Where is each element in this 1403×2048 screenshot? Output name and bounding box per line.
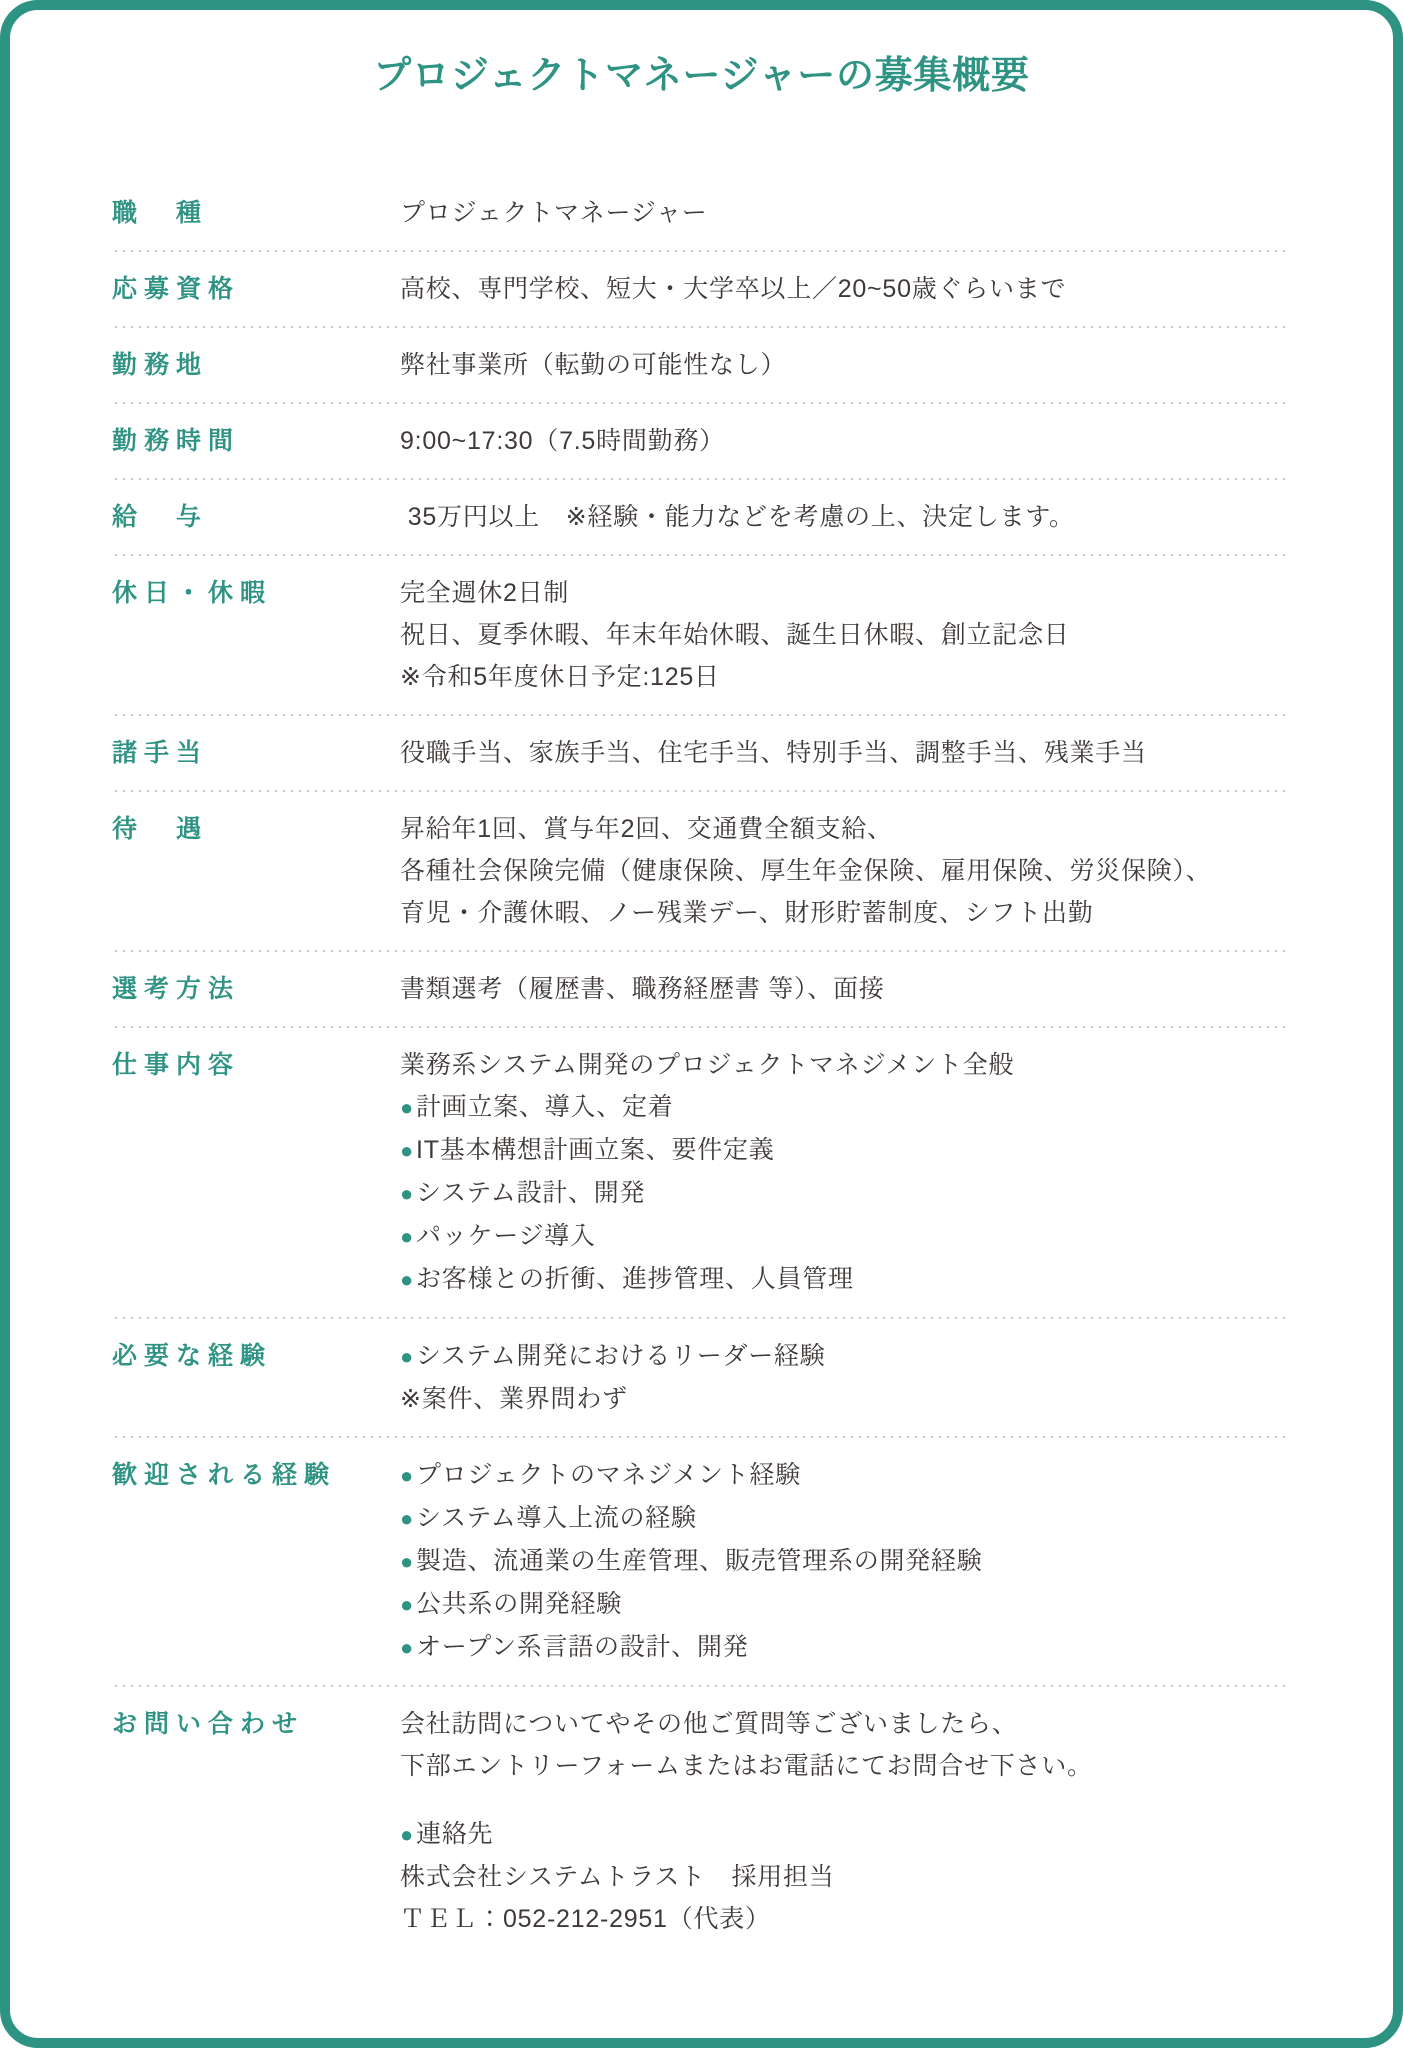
bullet-icon: ● [400,1635,414,1660]
bullet-icon: ● [400,1095,414,1120]
spec-row: 給 与 35万円以上 ※経験・能力などを考慮の上、決定します。 [112,480,1291,554]
spec-row-label: お問い合わせ [112,1703,400,1745]
spec-row-value: 役職手当、家族手当、住宅手当、特別手当、調整手当、残業手当 [400,732,1291,774]
spec-line-text: 書類選考（履歴書、職務経歴書 等）、面接 [400,975,884,1003]
spec-row-label: 勤務時間 [112,420,400,462]
spec-row-label: 休日・休暇 [112,572,400,614]
bullet-icon: ● [400,1138,414,1163]
spec-line: ●連絡先 [400,1813,1291,1856]
spec-row-label: 職 種 [112,192,400,234]
spec-row: お問い合わせ 会社訪問についてやその他ご質問等ございましたら、下部エントリーフォ… [112,1687,1291,1956]
spec-line-text: 会社訪問についてやその他ご質問等ございましたら、 [400,1710,1018,1738]
spec-line: ●製造、流通業の生産管理、販売管理系の開発経験 [400,1540,1291,1583]
spec-row-value: 弊社事業所（転勤の可能性なし） [400,344,1291,386]
spec-line: ●プロジェクトのマネジメント経験 [400,1454,1291,1497]
spec-line-text: システム設計、開発 [416,1179,645,1207]
spec-row: 職 種 プロジェクトマネージャー [112,176,1291,250]
spec-row-value: 完全週休2日制祝日、夏季休暇、年末年始休暇、誕生日休暇、創立記念日※令和5年度休… [400,572,1291,698]
spec-row-value: プロジェクトマネージャー [400,192,1291,234]
spec-line: 下部エントリーフォームまたはお電話にてお問合せ下さい。 [400,1745,1291,1787]
spec-row-label: 勤務地 [112,344,400,386]
spec-line-text: 下部エントリーフォームまたはお電話にてお問合せ下さい。 [400,1752,1093,1780]
spec-line: 弊社事業所（転勤の可能性なし） [400,344,1291,386]
bullet-icon: ● [400,1549,414,1574]
spec-line-text: 完全週休2日制 [400,579,569,607]
spec-row: 仕事内容 業務系システム開発のプロジェクトマネジメント全般●計画立案、導入、定着… [112,1028,1291,1317]
spec-line-text: 昇給年1回、賞与年2回、交通費全額支給、 [400,815,893,843]
spec-line-text: プロジェクトのマネジメント経験 [416,1461,801,1489]
spec-row-label: 待 遇 [112,808,400,850]
spec-line: 書類選考（履歴書、職務経歴書 等）、面接 [400,968,1291,1010]
spec-line: ●IT基本構想計画立案、要件定義 [400,1129,1291,1172]
spec-row-value: ●システム開発におけるリーダー経験※案件、業界問わず [400,1335,1291,1420]
bullet-icon: ● [400,1224,414,1249]
spec-line-text: システム導入上流の経験 [416,1504,697,1532]
spec-row-label: 歓迎される経験 [112,1454,400,1496]
spec-line: 育児・介護休暇、ノー残業デー、財形貯蓄制度、シフト出勤 [400,892,1291,934]
spec-line-text: 公共系の開発経験 [416,1590,622,1618]
spec-row-value: ●プロジェクトのマネジメント経験●システム導入上流の経験●製造、流通業の生産管理… [400,1454,1291,1669]
spec-row-label: 応募資格 [112,268,400,310]
line-spacer [400,1787,1291,1813]
spec-row-value: 昇給年1回、賞与年2回、交通費全額支給、各種社会保険完備（健康保険、厚生年金保険… [400,808,1291,934]
spec-row-label: 給 与 [112,496,400,538]
spec-line: 完全週休2日制 [400,572,1291,614]
spec-line-text: 製造、流通業の生産管理、販売管理系の開発経験 [416,1547,983,1575]
bullet-icon: ● [400,1463,414,1488]
spec-line: ●お客様との折衝、進捗管理、人員管理 [400,1258,1291,1301]
spec-line-text: 育児・介護休暇、ノー残業デー、財形貯蓄制度、シフト出勤 [400,899,1094,927]
spec-table: 職 種 プロジェクトマネージャー 応募資格 高校、専門学校、短大・大学卒以上／2… [112,176,1291,1956]
spec-line: プロジェクトマネージャー [400,192,1291,234]
spec-row-label: 諸手当 [112,732,400,774]
spec-line-text: 計画立案、導入、定着 [416,1093,674,1121]
spec-line-text: 役職手当、家族手当、住宅手当、特別手当、調整手当、残業手当 [400,739,1147,767]
spec-row: 応募資格 高校、専門学校、短大・大学卒以上／20~50歳ぐらいまで [112,252,1291,326]
spec-row-value: 書類選考（履歴書、職務経歴書 等）、面接 [400,968,1291,1010]
bullet-icon: ● [400,1267,414,1292]
spec-line: 会社訪問についてやその他ご質問等ございましたら、 [400,1703,1291,1745]
spec-line-text: システム開発におけるリーダー経験 [416,1342,826,1370]
spec-line: 役職手当、家族手当、住宅手当、特別手当、調整手当、残業手当 [400,732,1291,774]
spec-row: 必要な経験 ●システム開発におけるリーダー経験※案件、業界問わず [112,1319,1291,1436]
bullet-icon: ● [400,1181,414,1206]
spec-row: 諸手当 役職手当、家族手当、住宅手当、特別手当、調整手当、残業手当 [112,716,1291,790]
spec-row: 待 遇 昇給年1回、賞与年2回、交通費全額支給、各種社会保険完備（健康保険、厚生… [112,792,1291,950]
spec-line: ※案件、業界問わず [400,1378,1291,1420]
spec-line-text: ※令和5年度休日予定:125日 [400,663,720,691]
spec-line-text: 祝日、夏季休暇、年末年始休暇、誕生日休暇、創立記念日 [400,621,1070,649]
recruitment-summary-document: プロジェクトマネージャーの募集概要 職 種 プロジェクトマネージャー 応募資格 … [0,0,1403,1956]
spec-line: ●計画立案、導入、定着 [400,1086,1291,1129]
spec-row: 休日・休暇 完全週休2日制祝日、夏季休暇、年末年始休暇、誕生日休暇、創立記念日※… [112,556,1291,714]
bullet-icon: ● [400,1592,414,1617]
spec-line: 業務系システム開発のプロジェクトマネジメント全般 [400,1044,1291,1086]
spec-line-text: 高校、専門学校、短大・大学卒以上／20~50歳ぐらいまで [400,275,1066,303]
spec-line-text: 弊社事業所（転勤の可能性なし） [400,351,786,379]
spec-line: ●パッケージ導入 [400,1215,1291,1258]
spec-line: ●オープン系言語の設計、開発 [400,1626,1291,1669]
spec-row: 勤務時間 9:00~17:30（7.5時間勤務） [112,404,1291,478]
spec-line-text: 業務系システム開発のプロジェクトマネジメント全般 [400,1051,1014,1079]
spec-row-value: 会社訪問についてやその他ご質問等ございましたら、下部エントリーフォームまたはお電… [400,1703,1291,1940]
spec-line: 祝日、夏季休暇、年末年始休暇、誕生日休暇、創立記念日 [400,614,1291,656]
spec-line: ※令和5年度休日予定:125日 [400,656,1291,698]
spec-line-text: 株式会社システムトラスト 採用担当 [400,1863,835,1891]
spec-row: 勤務地 弊社事業所（転勤の可能性なし） [112,328,1291,402]
spec-line: ●システム設計、開発 [400,1172,1291,1215]
spec-line: 9:00~17:30（7.5時間勤務） [400,420,1291,462]
bullet-icon: ● [400,1506,414,1531]
spec-row-value: 35万円以上 ※経験・能力などを考慮の上、決定します。 [400,496,1291,538]
spec-line: 各種社会保険完備（健康保険、厚生年金保険、雇用保険、労災保険）、 [400,850,1291,892]
spec-line: 35万円以上 ※経験・能力などを考慮の上、決定します。 [400,496,1291,538]
spec-row: 選考方法 書類選考（履歴書、職務経歴書 等）、面接 [112,952,1291,1026]
spec-line-text: ※案件、業界問わず [400,1385,628,1413]
spec-line: ●システム開発におけるリーダー経験 [400,1335,1291,1378]
spec-line-text: オープン系言語の設計、開発 [416,1633,749,1661]
spec-line-text: お客様との折衝、進捗管理、人員管理 [416,1265,854,1293]
spec-line: 高校、専門学校、短大・大学卒以上／20~50歳ぐらいまで [400,268,1291,310]
spec-row-value: 業務系システム開発のプロジェクトマネジメント全般●計画立案、導入、定着●IT基本… [400,1044,1291,1301]
spec-line-text: 連絡先 [416,1820,493,1848]
spec-line-text: 35万円以上 ※経験・能力などを考慮の上、決定します。 [400,503,1075,531]
spec-row-value: 高校、専門学校、短大・大学卒以上／20~50歳ぐらいまで [400,268,1291,310]
spec-line: 昇給年1回、賞与年2回、交通費全額支給、 [400,808,1291,850]
spec-row-label: 選考方法 [112,968,400,1010]
spec-line-text: パッケージ導入 [416,1222,596,1250]
bullet-icon: ● [400,1344,414,1369]
spec-line: ●公共系の開発経験 [400,1583,1291,1626]
spec-line-text: 各種社会保険完備（健康保険、厚生年金保険、雇用保険、労災保険）、 [400,857,1212,885]
spec-line: ●システム導入上流の経験 [400,1497,1291,1540]
spec-line-text: ＴＥＬ：052-212-2951（代表） [400,1905,771,1933]
spec-row-value: 9:00~17:30（7.5時間勤務） [400,420,1291,462]
spec-row-label: 仕事内容 [112,1044,400,1086]
spec-line-text: 9:00~17:30（7.5時間勤務） [400,427,725,455]
spec-line-text: IT基本構想計画立案、要件定義 [416,1136,774,1164]
spec-row-label: 必要な経験 [112,1335,400,1377]
spec-row: 歓迎される経験 ●プロジェクトのマネジメント経験●システム導入上流の経験●製造、… [112,1438,1291,1685]
spec-line-text: プロジェクトマネージャー [400,199,708,227]
spec-line: ＴＥＬ：052-212-2951（代表） [400,1898,1291,1940]
spec-line: 株式会社システムトラスト 採用担当 [400,1856,1291,1898]
bullet-icon: ● [400,1822,414,1847]
page-title: プロジェクトマネージャーの募集概要 [112,50,1291,102]
